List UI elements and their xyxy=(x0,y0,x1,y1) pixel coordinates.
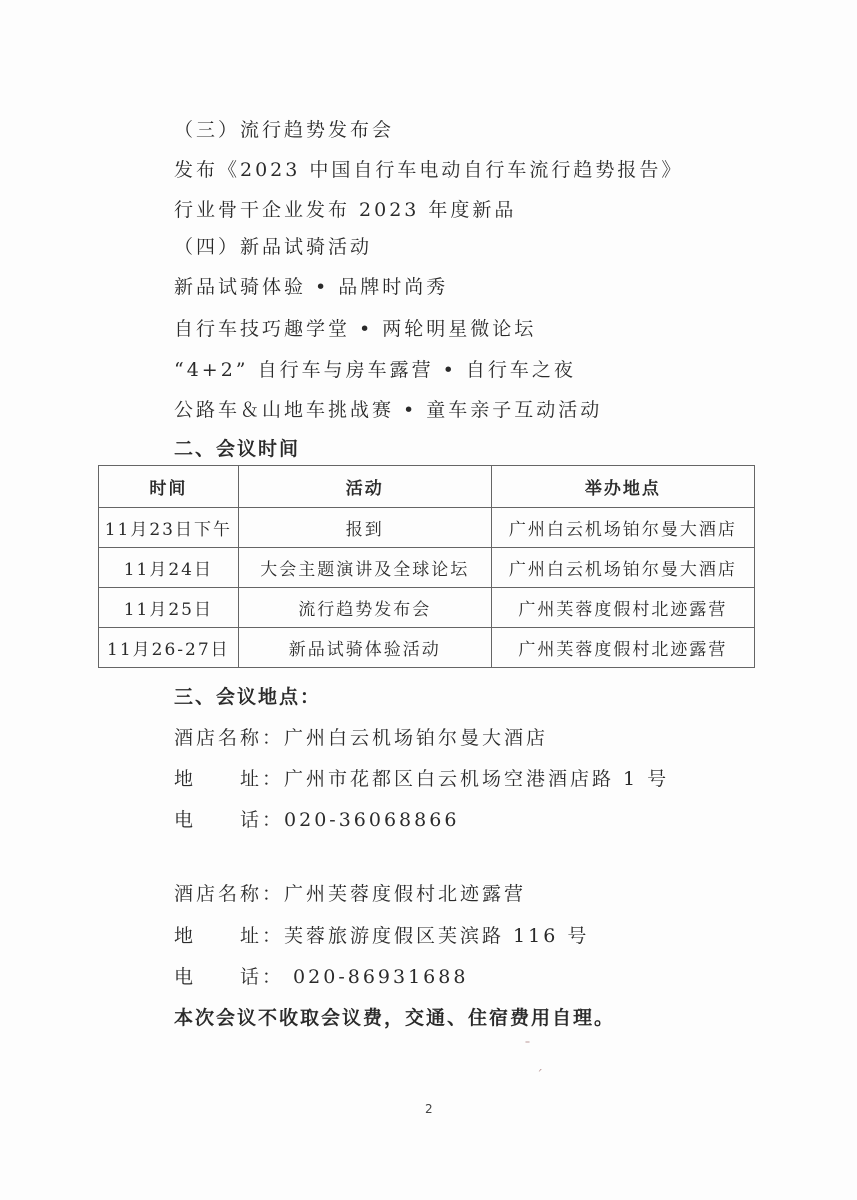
venue-phone-value: 020-36068866 xyxy=(284,809,459,831)
cell-time: 11月25日 xyxy=(99,588,239,628)
section-heading-meeting-time: 二、会议时间 xyxy=(174,437,300,461)
venue-address-label: 地 址： xyxy=(174,925,284,947)
scan-mark: ˊ xyxy=(536,1068,543,1084)
subsection-heading-test-ride: （四）新品试骑活动 xyxy=(174,235,372,259)
cell-activity: 大会主题演讲及全球论坛 xyxy=(238,548,491,588)
activity-line: 新品试骑体验 • 品牌时尚秀 xyxy=(174,275,448,299)
venue-phone-label: 电 话： xyxy=(174,809,284,831)
venue-phone-label: 电 话： xyxy=(174,966,284,988)
activity-line: 公路车＆山地车挑战赛 • 童车亲子互动活动 xyxy=(174,398,602,422)
venue-1-address: 地 址：广州市花都区白云机场空港酒店路 1 号 xyxy=(174,767,669,791)
cell-activity: 报到 xyxy=(238,508,491,548)
cell-activity: 流行趋势发布会 xyxy=(238,588,491,628)
schedule-table: 时间 活动 举办地点 11月23日下午 报到 广州白云机场铂尔曼大酒店 11月2… xyxy=(98,465,755,668)
table-header-row: 时间 活动 举办地点 xyxy=(99,466,755,508)
trend-report-line: 发布《2023 中国自行车电动自行车流行趋势报告》 xyxy=(174,158,683,182)
venue-name-value: 广州芙蓉度假村北迹露营 xyxy=(284,883,526,905)
cell-venue: 广州芙蓉度假村北迹露营 xyxy=(491,628,754,668)
venue-address-label: 地 址： xyxy=(174,768,284,790)
scan-mark: ˉ xyxy=(524,1040,531,1056)
venue-2-address: 地 址：芙蓉旅游度假区芙滨路 116 号 xyxy=(174,924,589,948)
cell-venue: 广州白云机场铂尔曼大酒店 xyxy=(491,548,754,588)
venue-1-phone: 电 话：020-36068866 xyxy=(174,808,459,832)
venue-name-label: 酒店名称： xyxy=(174,883,284,905)
table-row: 11月25日 流行趋势发布会 广州芙蓉度假村北迹露营 xyxy=(99,588,755,628)
venue-address-value: 广州市花都区白云机场空港酒店路 1 号 xyxy=(284,768,669,790)
venue-name-label: 酒店名称： xyxy=(174,727,284,749)
header-venue: 举办地点 xyxy=(491,466,754,508)
cell-venue: 广州白云机场铂尔曼大酒店 xyxy=(491,508,754,548)
venue-address-value: 芙蓉旅游度假区芙滨路 116 号 xyxy=(284,925,589,947)
venue-phone-value: 020-86931688 xyxy=(284,966,468,988)
cell-time: 11月26-27日 xyxy=(99,628,239,668)
new-products-line: 行业骨干企业发布 2023 年度新品 xyxy=(174,198,516,222)
page-number: 2 xyxy=(425,1102,433,1116)
fee-note: 本次会议不收取会议费，交通、住宿费用自理。 xyxy=(174,1006,615,1030)
venue-name-value: 广州白云机场铂尔曼大酒店 xyxy=(284,727,548,749)
table-row: 11月23日下午 报到 广州白云机场铂尔曼大酒店 xyxy=(99,508,755,548)
activity-line: 自行车技巧趣学堂 • 两轮明星微论坛 xyxy=(174,317,536,341)
section-heading-meeting-location: 三、会议地点： xyxy=(174,685,321,709)
header-activity: 活动 xyxy=(238,466,491,508)
cell-venue: 广州芙蓉度假村北迹露营 xyxy=(491,588,754,628)
table-row: 11月24日 大会主题演讲及全球论坛 广州白云机场铂尔曼大酒店 xyxy=(99,548,755,588)
cell-time: 11月24日 xyxy=(99,548,239,588)
activity-line: “4+2” 自行车与房车露营 • 自行车之夜 xyxy=(174,358,576,382)
subsection-heading-trend-release: （三）流行趋势发布会 xyxy=(174,118,394,142)
cell-activity: 新品试骑体验活动 xyxy=(238,628,491,668)
cell-time: 11月23日下午 xyxy=(99,508,239,548)
venue-2-phone: 电 话： 020-86931688 xyxy=(174,965,468,989)
venue-2-name: 酒店名称：广州芙蓉度假村北迹露营 xyxy=(174,882,526,906)
header-time: 时间 xyxy=(99,466,239,508)
table-row: 11月26-27日 新品试骑体验活动 广州芙蓉度假村北迹露营 xyxy=(99,628,755,668)
venue-1-name: 酒店名称：广州白云机场铂尔曼大酒店 xyxy=(174,726,548,750)
